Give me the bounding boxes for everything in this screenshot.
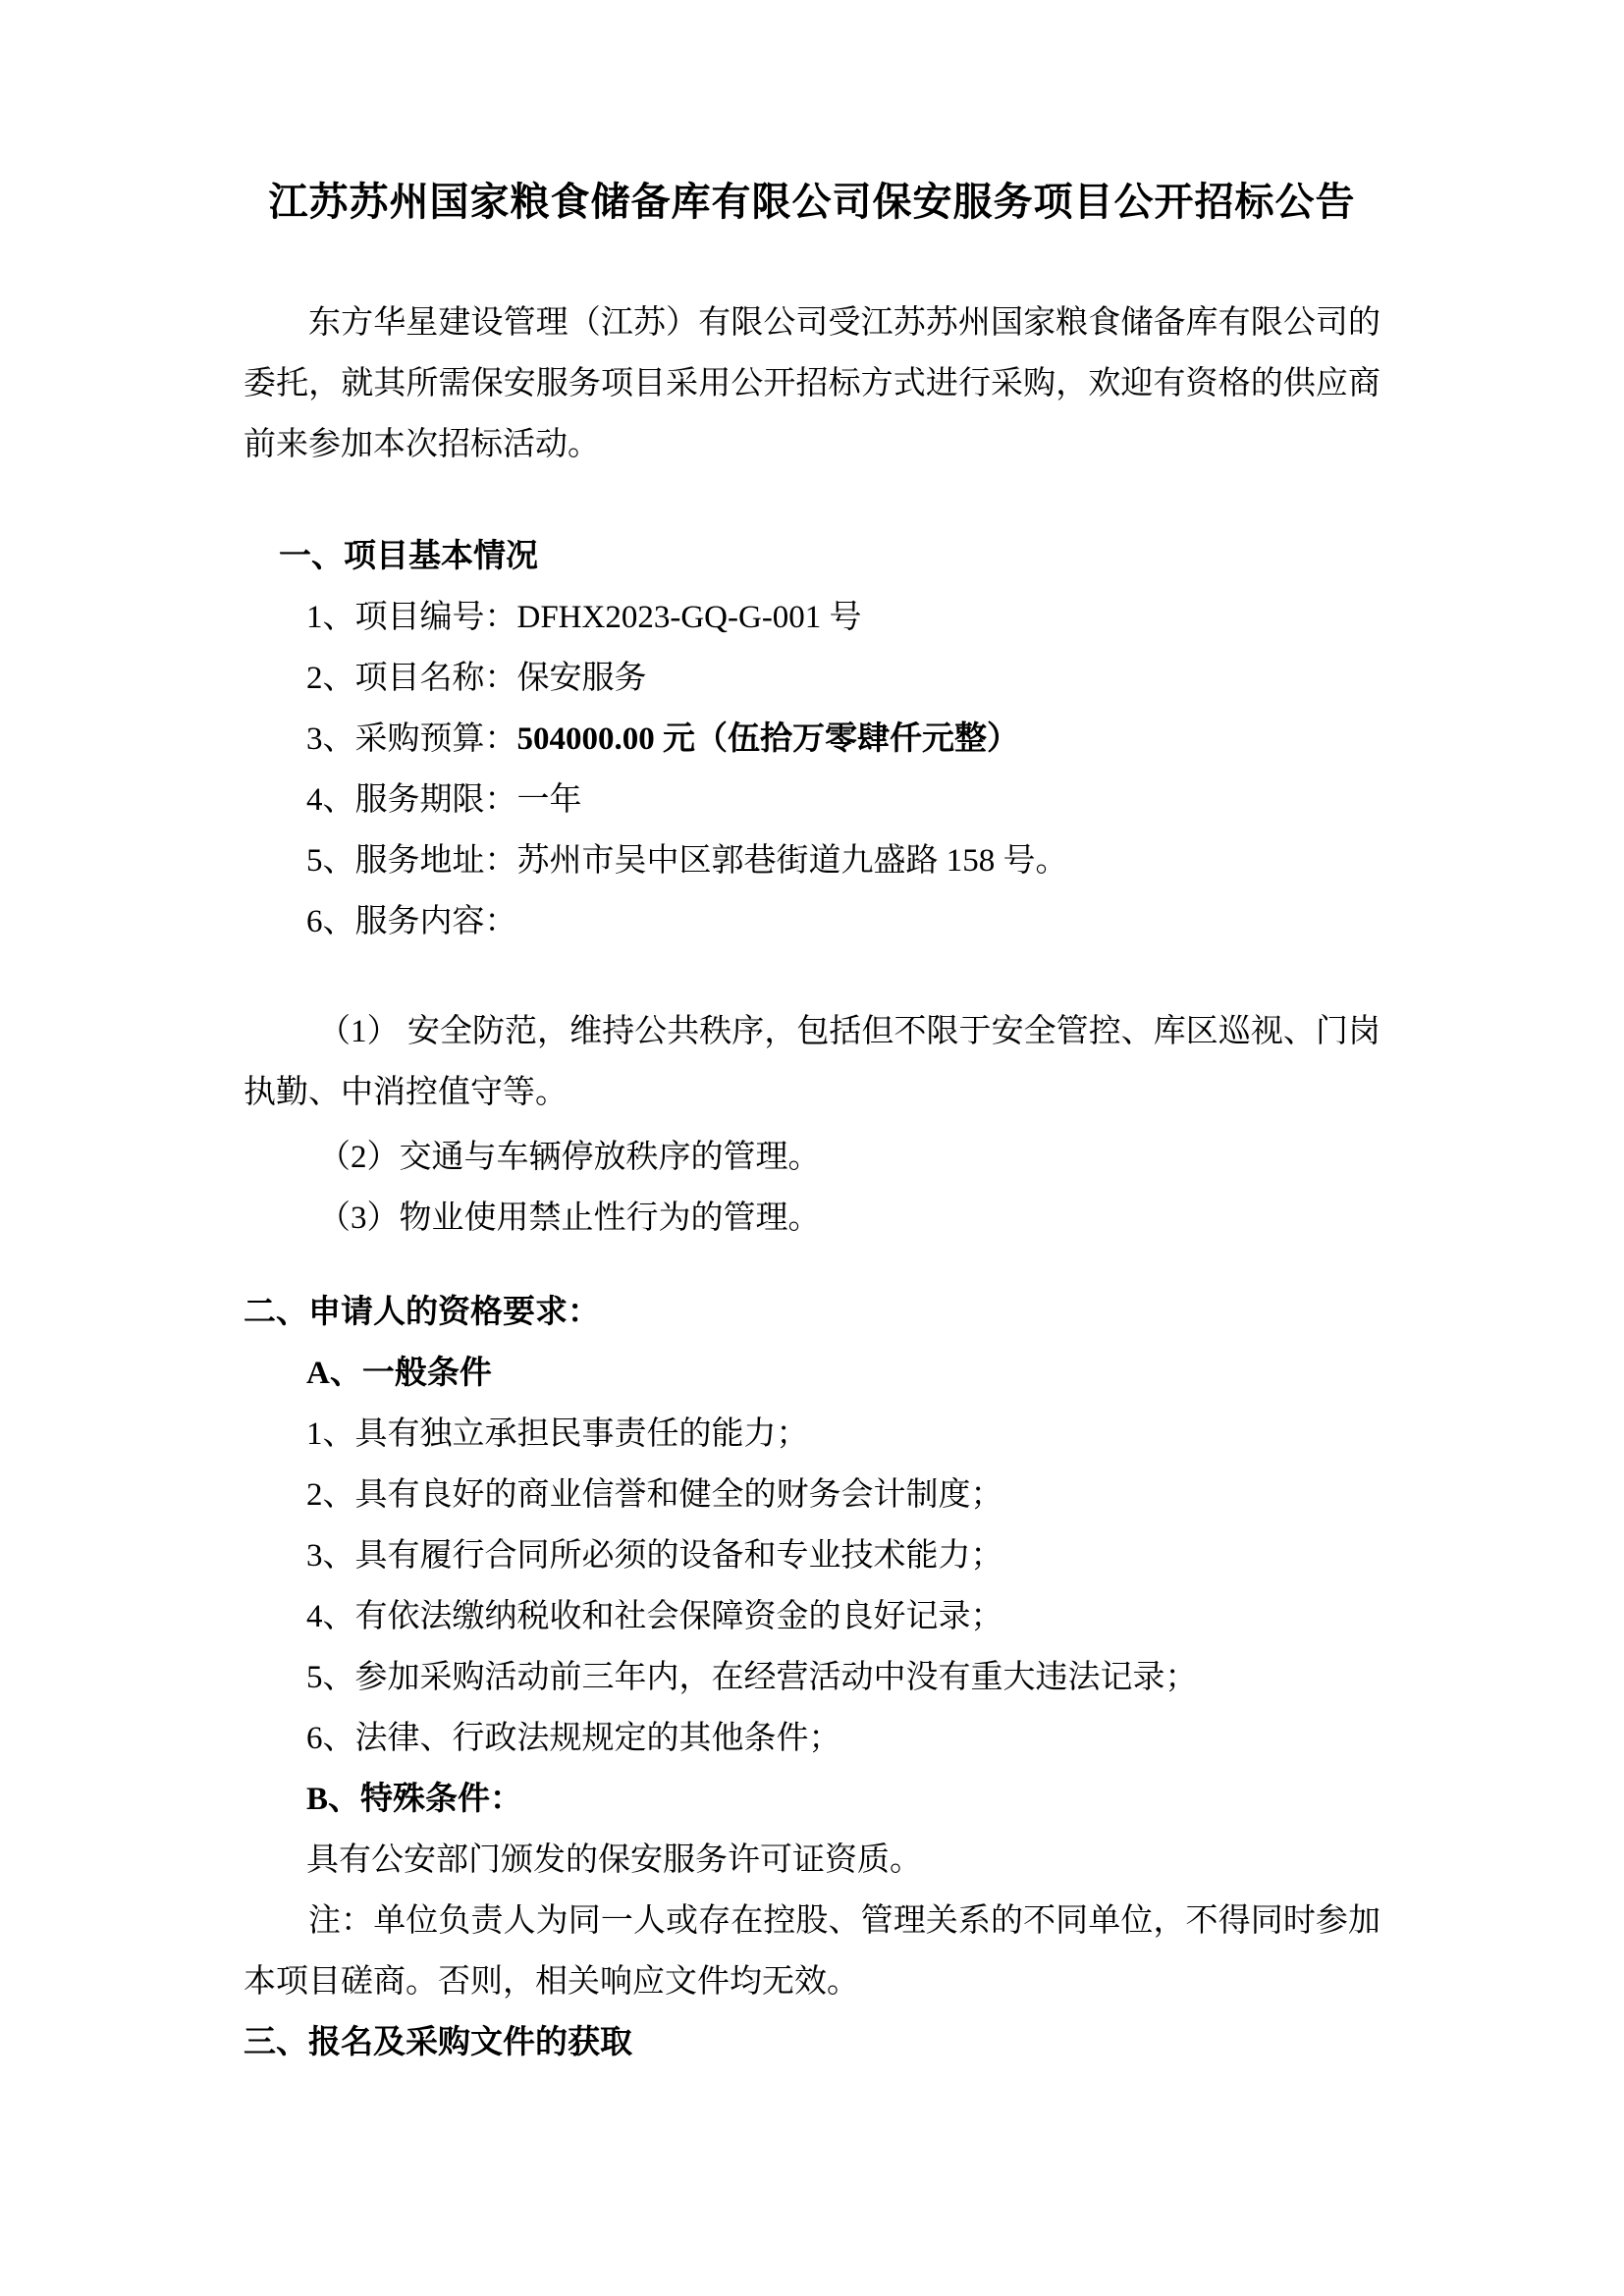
budget-label: 3、采购预算： [306,721,517,757]
qualification-note: 注：单位负责人为同一人或存在控股、管理关系的不同单位，不得同时参加本项目磋商。否… [244,1891,1380,2012]
qualification-item-2: 2、具有良好的商业信誉和健全的财务会计制度； [244,1465,1380,1525]
section-heading-qualification: 二、申请人的资格要求： [244,1282,1380,1343]
basic-info-item-budget: 3、采购预算：504000.00 元（伍拾万零肆仟元整） [244,709,1380,770]
qualification-special-item: 具有公安部门颁发的保安服务许可证资质。 [244,1830,1380,1891]
qualification-item-1: 1、具有独立承担民事责任的能力； [244,1404,1380,1465]
service-content-item-1: （1） 安全防范，维持公共秩序，包括但不限于安全管控、库区巡视、门岗执勤、中消控… [244,1001,1380,1123]
intro-paragraph: 东方华星建设管理（江苏）有限公司受江苏苏州国家粮食储备库有限公司的委托，就其所需… [244,293,1380,475]
basic-info-item-project-number: 1、项目编号：DFHX2023-GQ-G-001 号 [244,587,1380,648]
document-page: 江苏苏州国家粮食储备库有限公司保安服务项目公开招标公告 东方华星建设管理（江苏）… [0,0,1624,2296]
qualification-item-5: 5、参加采购活动前三年内，在经营活动中没有重大违法记录； [244,1647,1380,1708]
qualification-general-heading: A、一般条件 [244,1343,1380,1404]
qualification-item-3: 3、具有履行合同所必须的设备和专业技术能力； [244,1525,1380,1586]
budget-value: 504000.00 元（伍拾万零肆仟元整） [517,721,1020,757]
basic-info-item-project-name: 2、项目名称：保安服务 [244,648,1380,709]
service-content-item-2: （2）交通与车辆停放秩序的管理。 [244,1127,1380,1188]
qualification-item-4: 4、有依法缴纳税收和社会保障资金的良好记录； [244,1586,1380,1647]
basic-info-item-service-address: 5、服务地址：苏州市吴中区郭巷街道九盛路 158 号。 [244,830,1380,891]
service-content-item-3: （3）物业使用禁止性行为的管理。 [244,1188,1380,1249]
section-heading-registration: 三、报名及采购文件的获取 [244,2012,1380,2073]
qualification-special-heading: B、特殊条件： [244,1769,1380,1830]
basic-info-item-service-content: 6、服务内容： [244,891,1380,952]
section-heading-basic-info: 一、项目基本情况 [244,526,1380,587]
qualification-item-6: 6、法律、行政法规规定的其他条件； [244,1708,1380,1769]
document-title: 江苏苏州国家粮食储备库有限公司保安服务项目公开招标公告 [244,175,1380,230]
basic-info-item-service-term: 4、服务期限：一年 [244,770,1380,830]
